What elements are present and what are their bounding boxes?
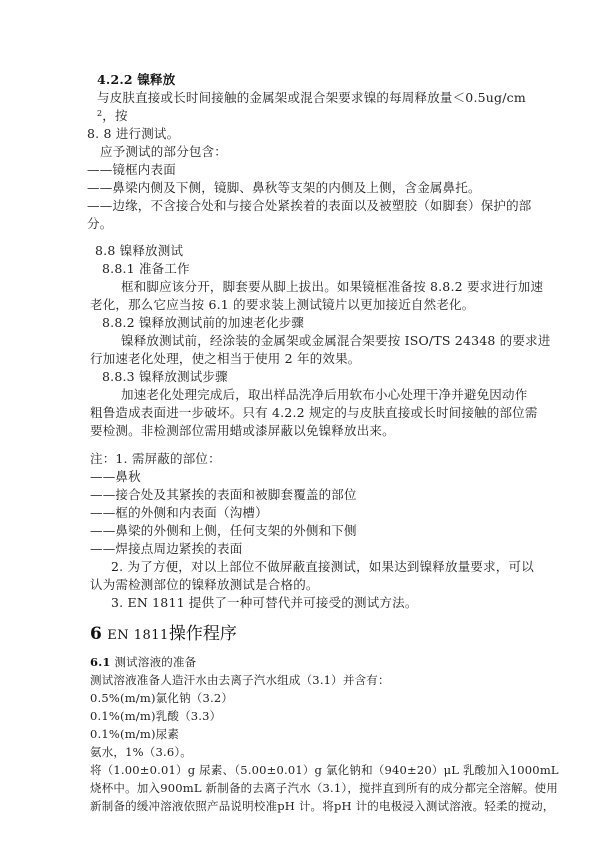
paragraph-line: 烧杯中。加入900mL 新制备的去离子汽水（3.1），搅拌直到所有的成分都完全溶… [90, 780, 558, 796]
list-item: ——边缘，不含接合处和与接合处紧挨着的表面以及被塑胶（如脚套）保护的部 [87, 198, 532, 214]
paragraph-line: 粗鲁造成表面进一步破坏。只有 4.2.2 规定的与皮肤直接或长时间接触的部位需 [90, 405, 538, 421]
ingredient-line: 氨水，1%（3.6）。 [90, 744, 192, 760]
subsection-heading-6-1: 6.1 测试溶液的准备 [90, 654, 196, 670]
paragraph-line: 与皮肤直接或长时间接触的金属架或混合架要求镍的每周释放量＜0.5ug/cm [97, 90, 526, 106]
list-item: 分。 [87, 216, 112, 232]
ingredient-line: 0.1%(m/m)尿素 [90, 726, 179, 742]
subsection-heading-8-8-3: 8.8.3 镍释放测试步骤 [102, 369, 228, 385]
note-list-item: ——鼻秋 [90, 469, 141, 485]
paragraph-line: 将（1.00±0.01）g 尿素、（5.00±0.01）g 氯化钠和（940±2… [90, 762, 559, 778]
paragraph-line: 要检测。非检测部位需用蜡或漆屏蔽以免镍释放出来。 [90, 423, 395, 439]
paragraph-line: 老化，那么它应当按 6.1 的要求装上测试镜片以更加接近自然老化。 [90, 297, 474, 313]
paragraph-line: 2，按 [97, 108, 128, 124]
paragraph-line: 8. 8 进行测试。 [87, 126, 179, 142]
section-heading-8-8: 8.8 镍释放测试 [95, 243, 183, 259]
ingredient-line: 0.1%(m/m)乳酸（3.3） [90, 708, 221, 724]
note-intro: 注：1. 需屏蔽的部位： [90, 451, 221, 467]
paragraph-line: 框和脚应该分开，脚套要从脚上拔出。如果镜框准备按 8.8.2 要求进行加速 [121, 279, 543, 295]
paragraph-line: 镍释放测试前，经涂装的金属架或金属混合架要按 ISO/TS 24348 的要求进 [121, 333, 551, 349]
list-item: ——镜框内表面 [87, 162, 176, 178]
note-list-item: ——鼻梁的外侧和上侧，任何支架的外侧和下侧 [90, 523, 357, 539]
section-number: 6 [90, 624, 102, 644]
subsection-heading-8-8-1: 8.8.1 准备工作 [102, 261, 190, 277]
paragraph-line: 新制备的缓冲溶液依照产品说明校准pH 计。将pH 计的电极浸入测试溶液。轻柔的搅… [90, 798, 555, 814]
paragraph-line: 加速老化处理完成后，取出样品洗净后用软布小心处理干净并避免因动作 [121, 387, 527, 403]
section-title: 操作程序 [169, 624, 237, 644]
paragraph-line: 测试溶液准备人造汗水由去离子汽水组成（3.1）并含有： [90, 672, 390, 688]
note-list-item: ——接合处及其紧挨的表面和被脚套覆盖的部位 [90, 487, 357, 503]
note-2: 2. 为了方便，对以上部位不做屏蔽直接测试，如果达到镍释放量要求，可以 [111, 559, 534, 575]
list-item: ——鼻梁内侧及下侧，镜脚、鼻秋等支架的内侧及上侧，含金属鼻托。 [87, 180, 481, 196]
document-page: 4.2.2 镍释放 与皮肤直接或长时间接触的金属架或混合架要求镍的每周释放量＜0… [0, 0, 600, 850]
paragraph-line: 应予测试的部分包含： [100, 144, 227, 160]
note-list-item: ——焊接点周边紧挨的表面 [90, 541, 242, 557]
ingredient-line: 0.5%(m/m)氯化钠（3.2） [90, 690, 233, 706]
paragraph-line: 行加速老化处理，使之相当于使用 2 年的效果。 [90, 351, 361, 367]
superscript: 2 [97, 109, 102, 118]
section-heading-4-2-2: 4.2.2 镍释放 [97, 72, 175, 88]
note-3: 3. EN 1811 提供了一种可替代并可接受的测试方法。 [111, 595, 418, 611]
paragraph-text: ，按 [102, 108, 127, 123]
subsection-number: 6.1 [90, 655, 111, 669]
note-list-item: ——框的外侧和内表面（沟槽） [90, 505, 268, 521]
section-standard: EN 1811 [107, 628, 169, 643]
subsection-title: 测试溶液的准备 [114, 655, 196, 669]
section-heading-6: 6 EN 1811操作程序 [90, 623, 237, 647]
note-2-cont: 认为需检测部位的镍释放测试是合格的。 [90, 577, 319, 593]
subsection-heading-8-8-2: 8.8.2 镍释放测试前的加速老化步骤 [102, 315, 304, 331]
